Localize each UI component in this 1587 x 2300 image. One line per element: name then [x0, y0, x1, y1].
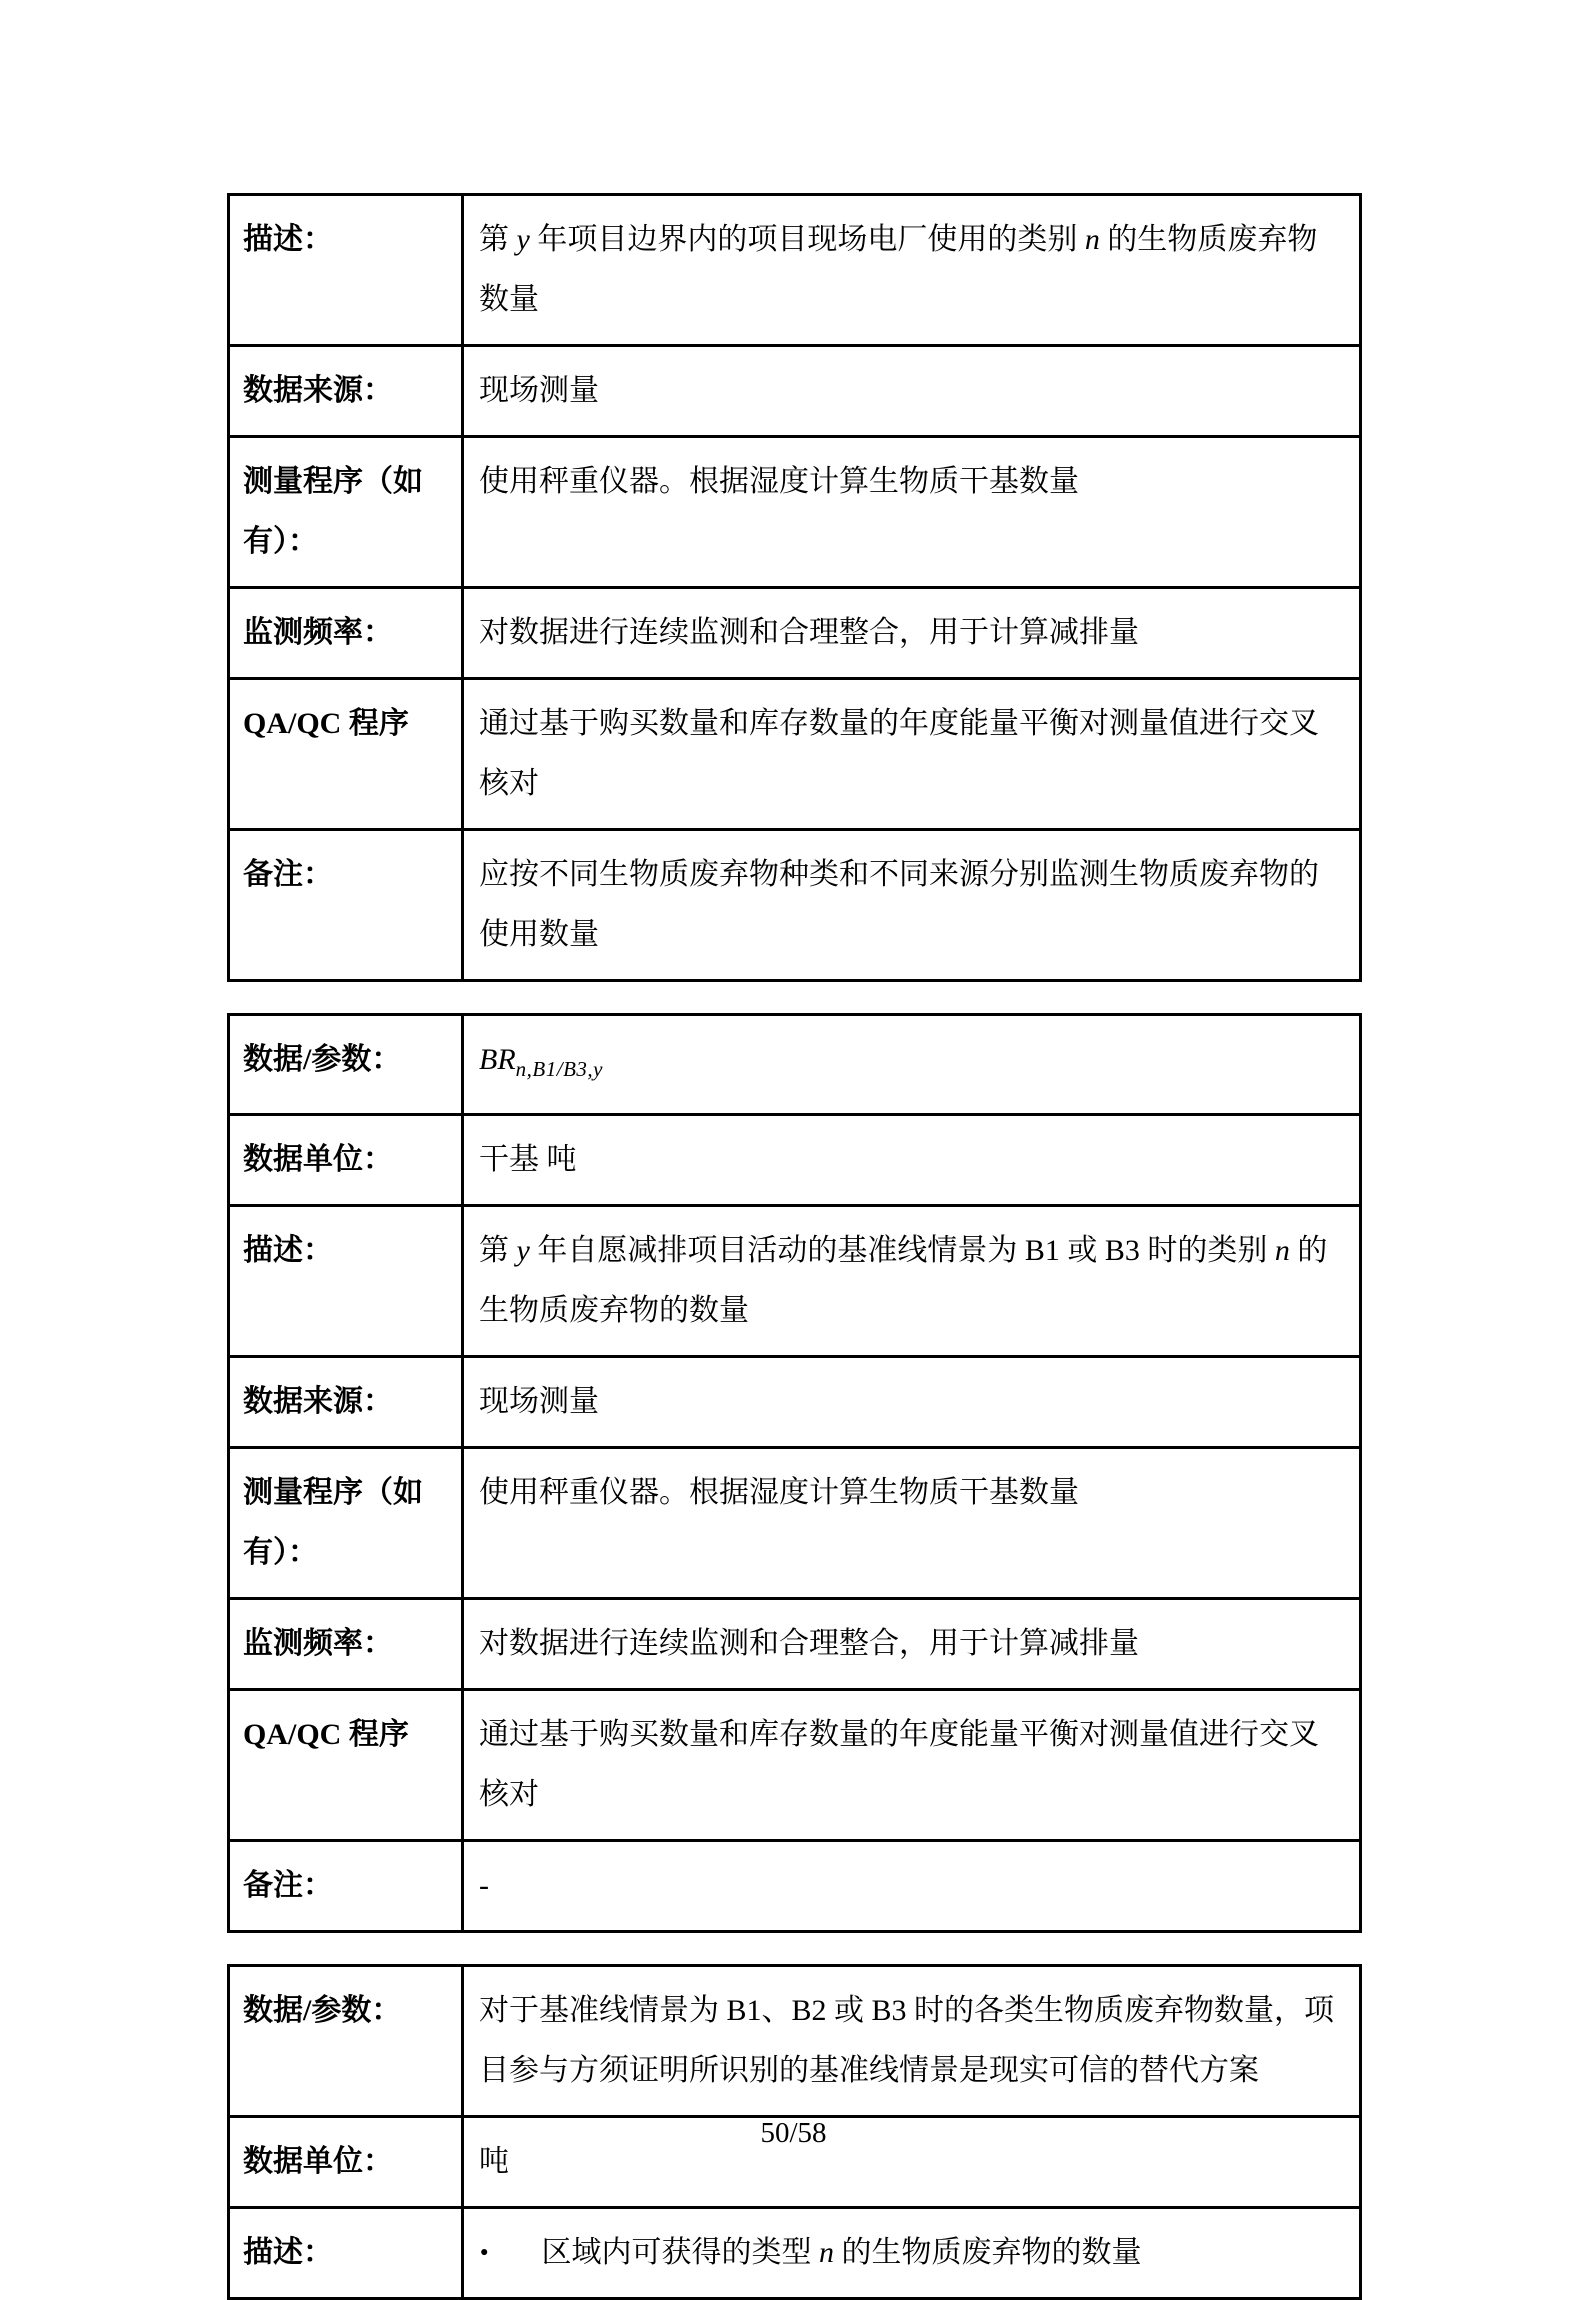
row-label: 监测频率： [230, 589, 464, 677]
row-label: 数据/参数： [230, 1967, 464, 2115]
row-value: 现场测量 [464, 347, 1359, 435]
value-text: 现场测量 [479, 374, 599, 407]
row-value: 使用秤重仪器。根据湿度计算生物质干基数量 [464, 1449, 1359, 1597]
monitoring-parameter-table-1: 描述： 第 y 年项目边界内的项目现场电厂使用的类别 n 的生物质废弃物数量 数… [227, 193, 1362, 982]
table-row: 描述： 第 y 年项目边界内的项目现场电厂使用的类别 n 的生物质废弃物数量 [230, 196, 1359, 347]
row-value: 干基 吨 [464, 1116, 1359, 1204]
row-label: 数据/参数： [230, 1016, 464, 1113]
row-value: 第 y 年项目边界内的项目现场电厂使用的类别 n 的生物质废弃物数量 [464, 196, 1359, 344]
table-row: 监测频率： 对数据进行连续监测和合理整合，用于计算减排量 [230, 1600, 1359, 1691]
value-variable: BR [479, 1043, 516, 1076]
table-row: 数据/参数： 对于基准线情景为 B1、B2 或 B3 时的各类生物质废弃物数量，… [230, 1967, 1359, 2118]
value-text: 第 [479, 223, 517, 256]
document-page: { "page": { "footer": "50/58" }, "tables… [0, 0, 1587, 2245]
value-text: 对数据进行连续监测和合理整合，用于计算减排量 [479, 616, 1139, 649]
value-text: 的生物质废弃物的数量 [834, 2236, 1142, 2269]
value-text: 年自愿减排项目活动的基准线情景为 B1 或 B3 时的类别 [530, 1234, 1275, 1267]
value-text: - [479, 1869, 489, 1902]
value-text: 通过基于购买数量和库存数量的年度能量平衡对测量值进行交叉核对 [479, 1718, 1319, 1811]
row-label: 描述： [230, 2209, 464, 2297]
row-label: QA/QC 程序 [230, 1691, 464, 1839]
row-label: 描述： [230, 196, 464, 344]
row-label: 数据来源： [230, 1358, 464, 1446]
value-variable: n,B1/B3,y [516, 1057, 603, 1081]
table-row: 描述： 第 y 年自愿减排项目活动的基准线情景为 B1 或 B3 时的类别 n … [230, 1207, 1359, 1358]
row-value: 对于基准线情景为 B1、B2 或 B3 时的各类生物质废弃物数量，项目参与方须证… [464, 1967, 1359, 2115]
tables-container: 描述： 第 y 年项目边界内的项目现场电厂使用的类别 n 的生物质废弃物数量 数… [227, 193, 1362, 2300]
value-text: 应按不同生物质废弃物种类和不同来源分别监测生物质废弃物的使用数量 [479, 858, 1319, 951]
value-variable: y [517, 223, 530, 256]
value-text: 通过基于购买数量和库存数量的年度能量平衡对测量值进行交叉核对 [479, 707, 1319, 800]
table-row: QA/QC 程序 通过基于购买数量和库存数量的年度能量平衡对测量值进行交叉核对 [230, 680, 1359, 831]
table-row: 数据单位： 干基 吨 [230, 1116, 1359, 1207]
row-value: 对数据进行连续监测和合理整合，用于计算减排量 [464, 1600, 1359, 1688]
table-row: 测量程序（如有）： 使用秤重仪器。根据湿度计算生物质干基数量 [230, 1449, 1359, 1600]
page-number: 50/58 [0, 2108, 1587, 2158]
value-variable: n [1275, 1234, 1290, 1267]
row-label: QA/QC 程序 [230, 680, 464, 828]
row-label: 数据来源： [230, 347, 464, 435]
row-label: 数据单位： [230, 1116, 464, 1204]
value-text: 对数据进行连续监测和合理整合，用于计算减排量 [479, 1627, 1139, 1660]
table-row: 监测频率： 对数据进行连续监测和合理整合，用于计算减排量 [230, 589, 1359, 680]
row-value: 对数据进行连续监测和合理整合，用于计算减排量 [464, 589, 1359, 677]
value-text: 使用秤重仪器。根据湿度计算生物质干基数量 [479, 465, 1079, 498]
value-variable: n [1085, 223, 1100, 256]
row-label: 备注： [230, 831, 464, 979]
row-value: 使用秤重仪器。根据湿度计算生物质干基数量 [464, 438, 1359, 586]
monitoring-parameter-table-2: 数据/参数： BRn,B1/B3,y 数据单位： 干基 吨 描述： 第 y 年自… [227, 1013, 1362, 1933]
table-row: 数据来源： 现场测量 [230, 1358, 1359, 1449]
value-variable: y [517, 1234, 530, 1267]
row-value: 现场测量 [464, 1358, 1359, 1446]
row-label: 监测频率： [230, 1600, 464, 1688]
table-row: 数据来源： 现场测量 [230, 347, 1359, 438]
row-label: 测量程序（如有）： [230, 1449, 464, 1597]
row-value: - [464, 1842, 1359, 1930]
row-label: 测量程序（如有）： [230, 438, 464, 586]
row-label: 备注： [230, 1842, 464, 1930]
row-value: 通过基于购买数量和库存数量的年度能量平衡对测量值进行交叉核对 [464, 680, 1359, 828]
table-row: 备注： 应按不同生物质废弃物种类和不同来源分别监测生物质废弃物的使用数量 [230, 831, 1359, 979]
row-value: BRn,B1/B3,y [464, 1016, 1359, 1113]
row-value: 应按不同生物质废弃物种类和不同来源分别监测生物质废弃物的使用数量 [464, 831, 1359, 979]
table-row: 测量程序（如有）： 使用秤重仪器。根据湿度计算生物质干基数量 [230, 438, 1359, 589]
row-label: 描述： [230, 1207, 464, 1355]
value-variable: n [819, 2236, 834, 2269]
value-text: 现场测量 [479, 1385, 599, 1418]
value-text: 对于基准线情景为 B1、B2 或 B3 时的各类生物质废弃物数量，项目参与方须证… [479, 1994, 1334, 2087]
row-value: 通过基于购买数量和库存数量的年度能量平衡对测量值进行交叉核对 [464, 1691, 1359, 1839]
table-row: 描述： •区域内可获得的类型 n 的生物质废弃物的数量 [230, 2209, 1359, 2297]
value-text: 干基 吨 [479, 1143, 577, 1176]
table-row: QA/QC 程序 通过基于购买数量和库存数量的年度能量平衡对测量值进行交叉核对 [230, 1691, 1359, 1842]
value-text: 年项目边界内的项目现场电厂使用的类别 [530, 223, 1085, 256]
row-value: 第 y 年自愿减排项目活动的基准线情景为 B1 或 B3 时的类别 n 的生物质… [464, 1207, 1359, 1355]
value-text: 区域内可获得的类型 [542, 2236, 820, 2269]
table-row: 备注： - [230, 1842, 1359, 1930]
value-text: 使用秤重仪器。根据湿度计算生物质干基数量 [479, 1476, 1079, 1509]
row-value: •区域内可获得的类型 n 的生物质废弃物的数量 [464, 2209, 1359, 2297]
bullet-icon: • [480, 2228, 489, 2279]
value-text: 第 [479, 1234, 517, 1267]
table-row: 数据/参数： BRn,B1/B3,y [230, 1016, 1359, 1116]
